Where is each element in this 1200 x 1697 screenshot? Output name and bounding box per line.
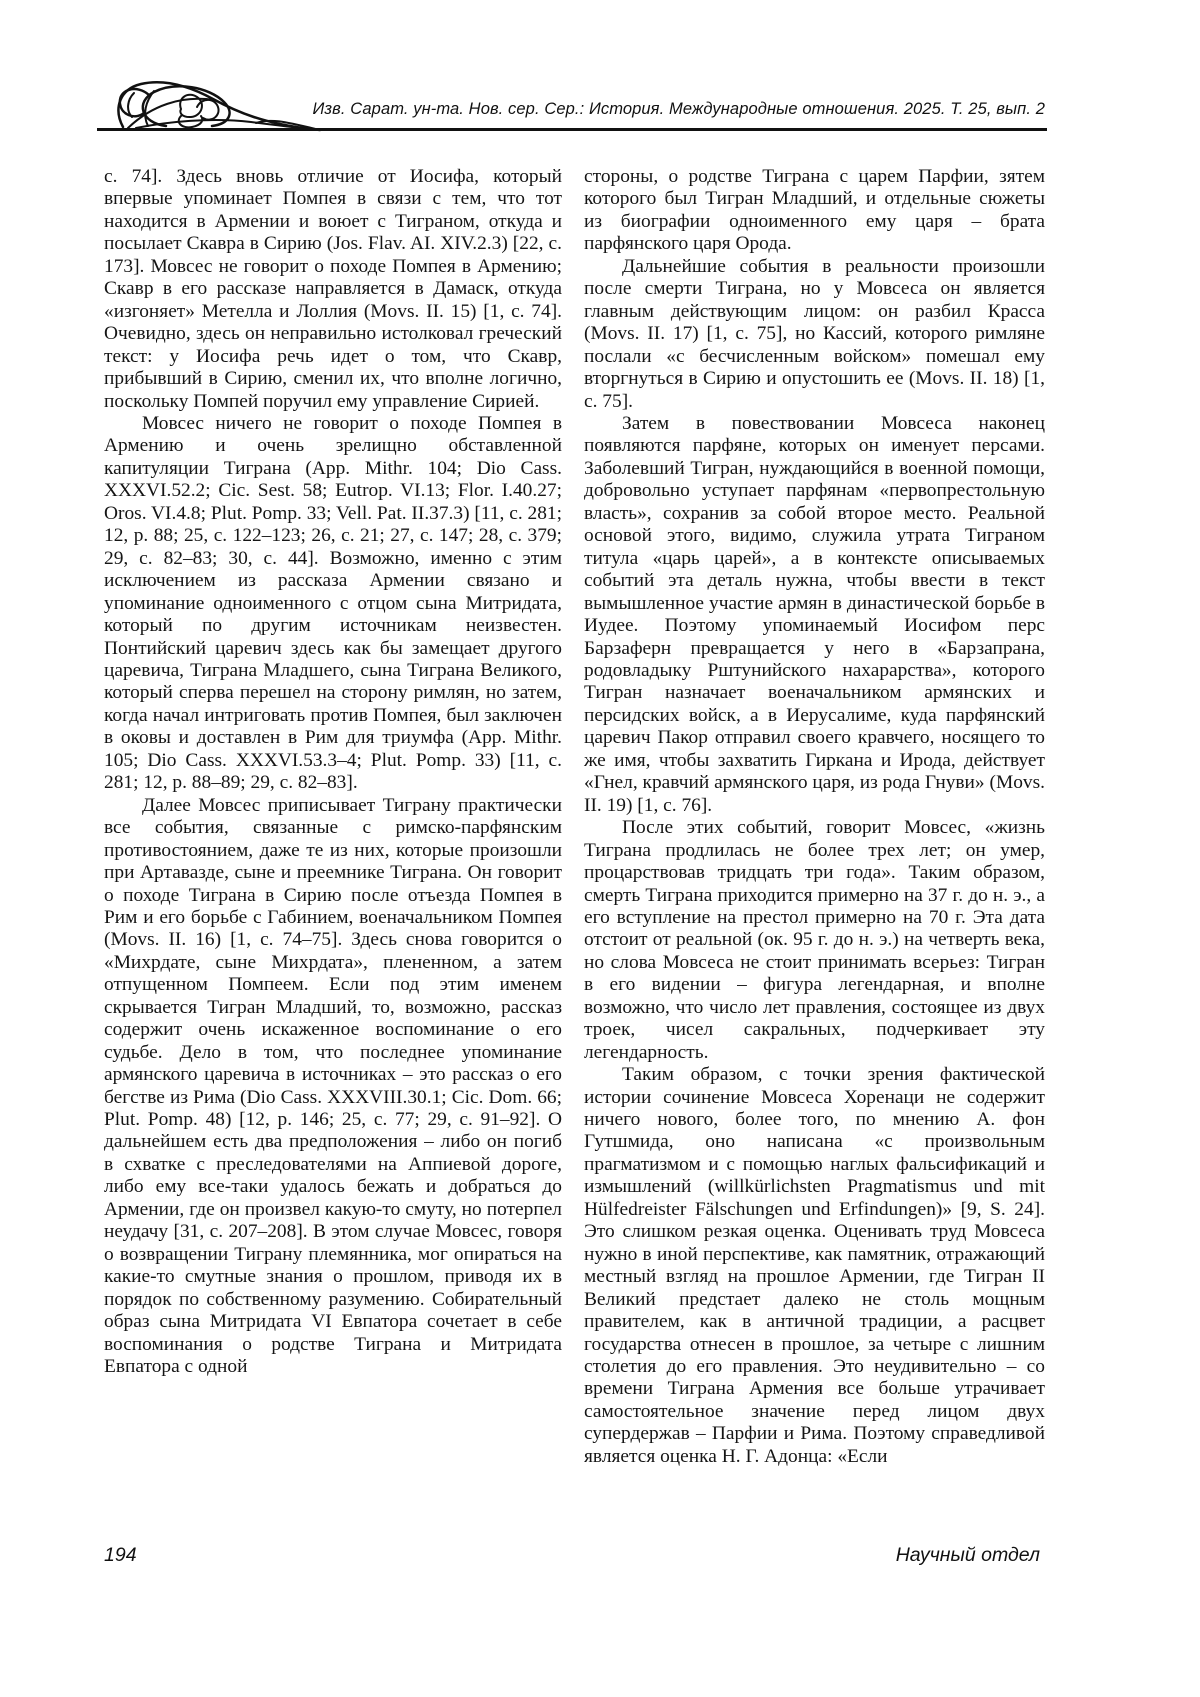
body-paragraph: Мовсес ничего не говорит о походе Помпея… bbox=[104, 413, 562, 795]
body-paragraph: Таким образом, с точки зрения фактическо… bbox=[584, 1064, 1045, 1468]
body-paragraph: Далее Мовсес приписывает Тиграну практич… bbox=[104, 795, 562, 1379]
body-paragraph: Затем в повествовании Мовсеса наконец по… bbox=[584, 413, 1045, 817]
body-paragraph: После этих событий, говорит Мовсес, «жиз… bbox=[584, 817, 1045, 1064]
page-number: 194 bbox=[104, 1544, 137, 1567]
journal-page: Изв. Сарат. ун-та. Нов. сер. Сер.: Истор… bbox=[0, 0, 1200, 1697]
section-label: Научный отдел bbox=[896, 1544, 1040, 1567]
body-paragraph: стороны, о родстве Тиграна с царем Парфи… bbox=[584, 166, 1045, 256]
header-rule bbox=[97, 128, 1047, 131]
body-paragraph: Дальнейшие события в реальности произошл… bbox=[584, 256, 1045, 413]
body-paragraph: с. 74]. Здесь вновь отличие от Иосифа, к… bbox=[104, 166, 562, 413]
running-header-journal-line: Изв. Сарат. ун-та. Нов. сер. Сер.: Истор… bbox=[312, 100, 1045, 119]
art-nouveau-flourish-ornament bbox=[106, 78, 322, 132]
right-column: стороны, о родстве Тиграна с царем Парфи… bbox=[584, 166, 1045, 1468]
left-column: с. 74]. Здесь вновь отличие от Иосифа, к… bbox=[104, 166, 562, 1378]
